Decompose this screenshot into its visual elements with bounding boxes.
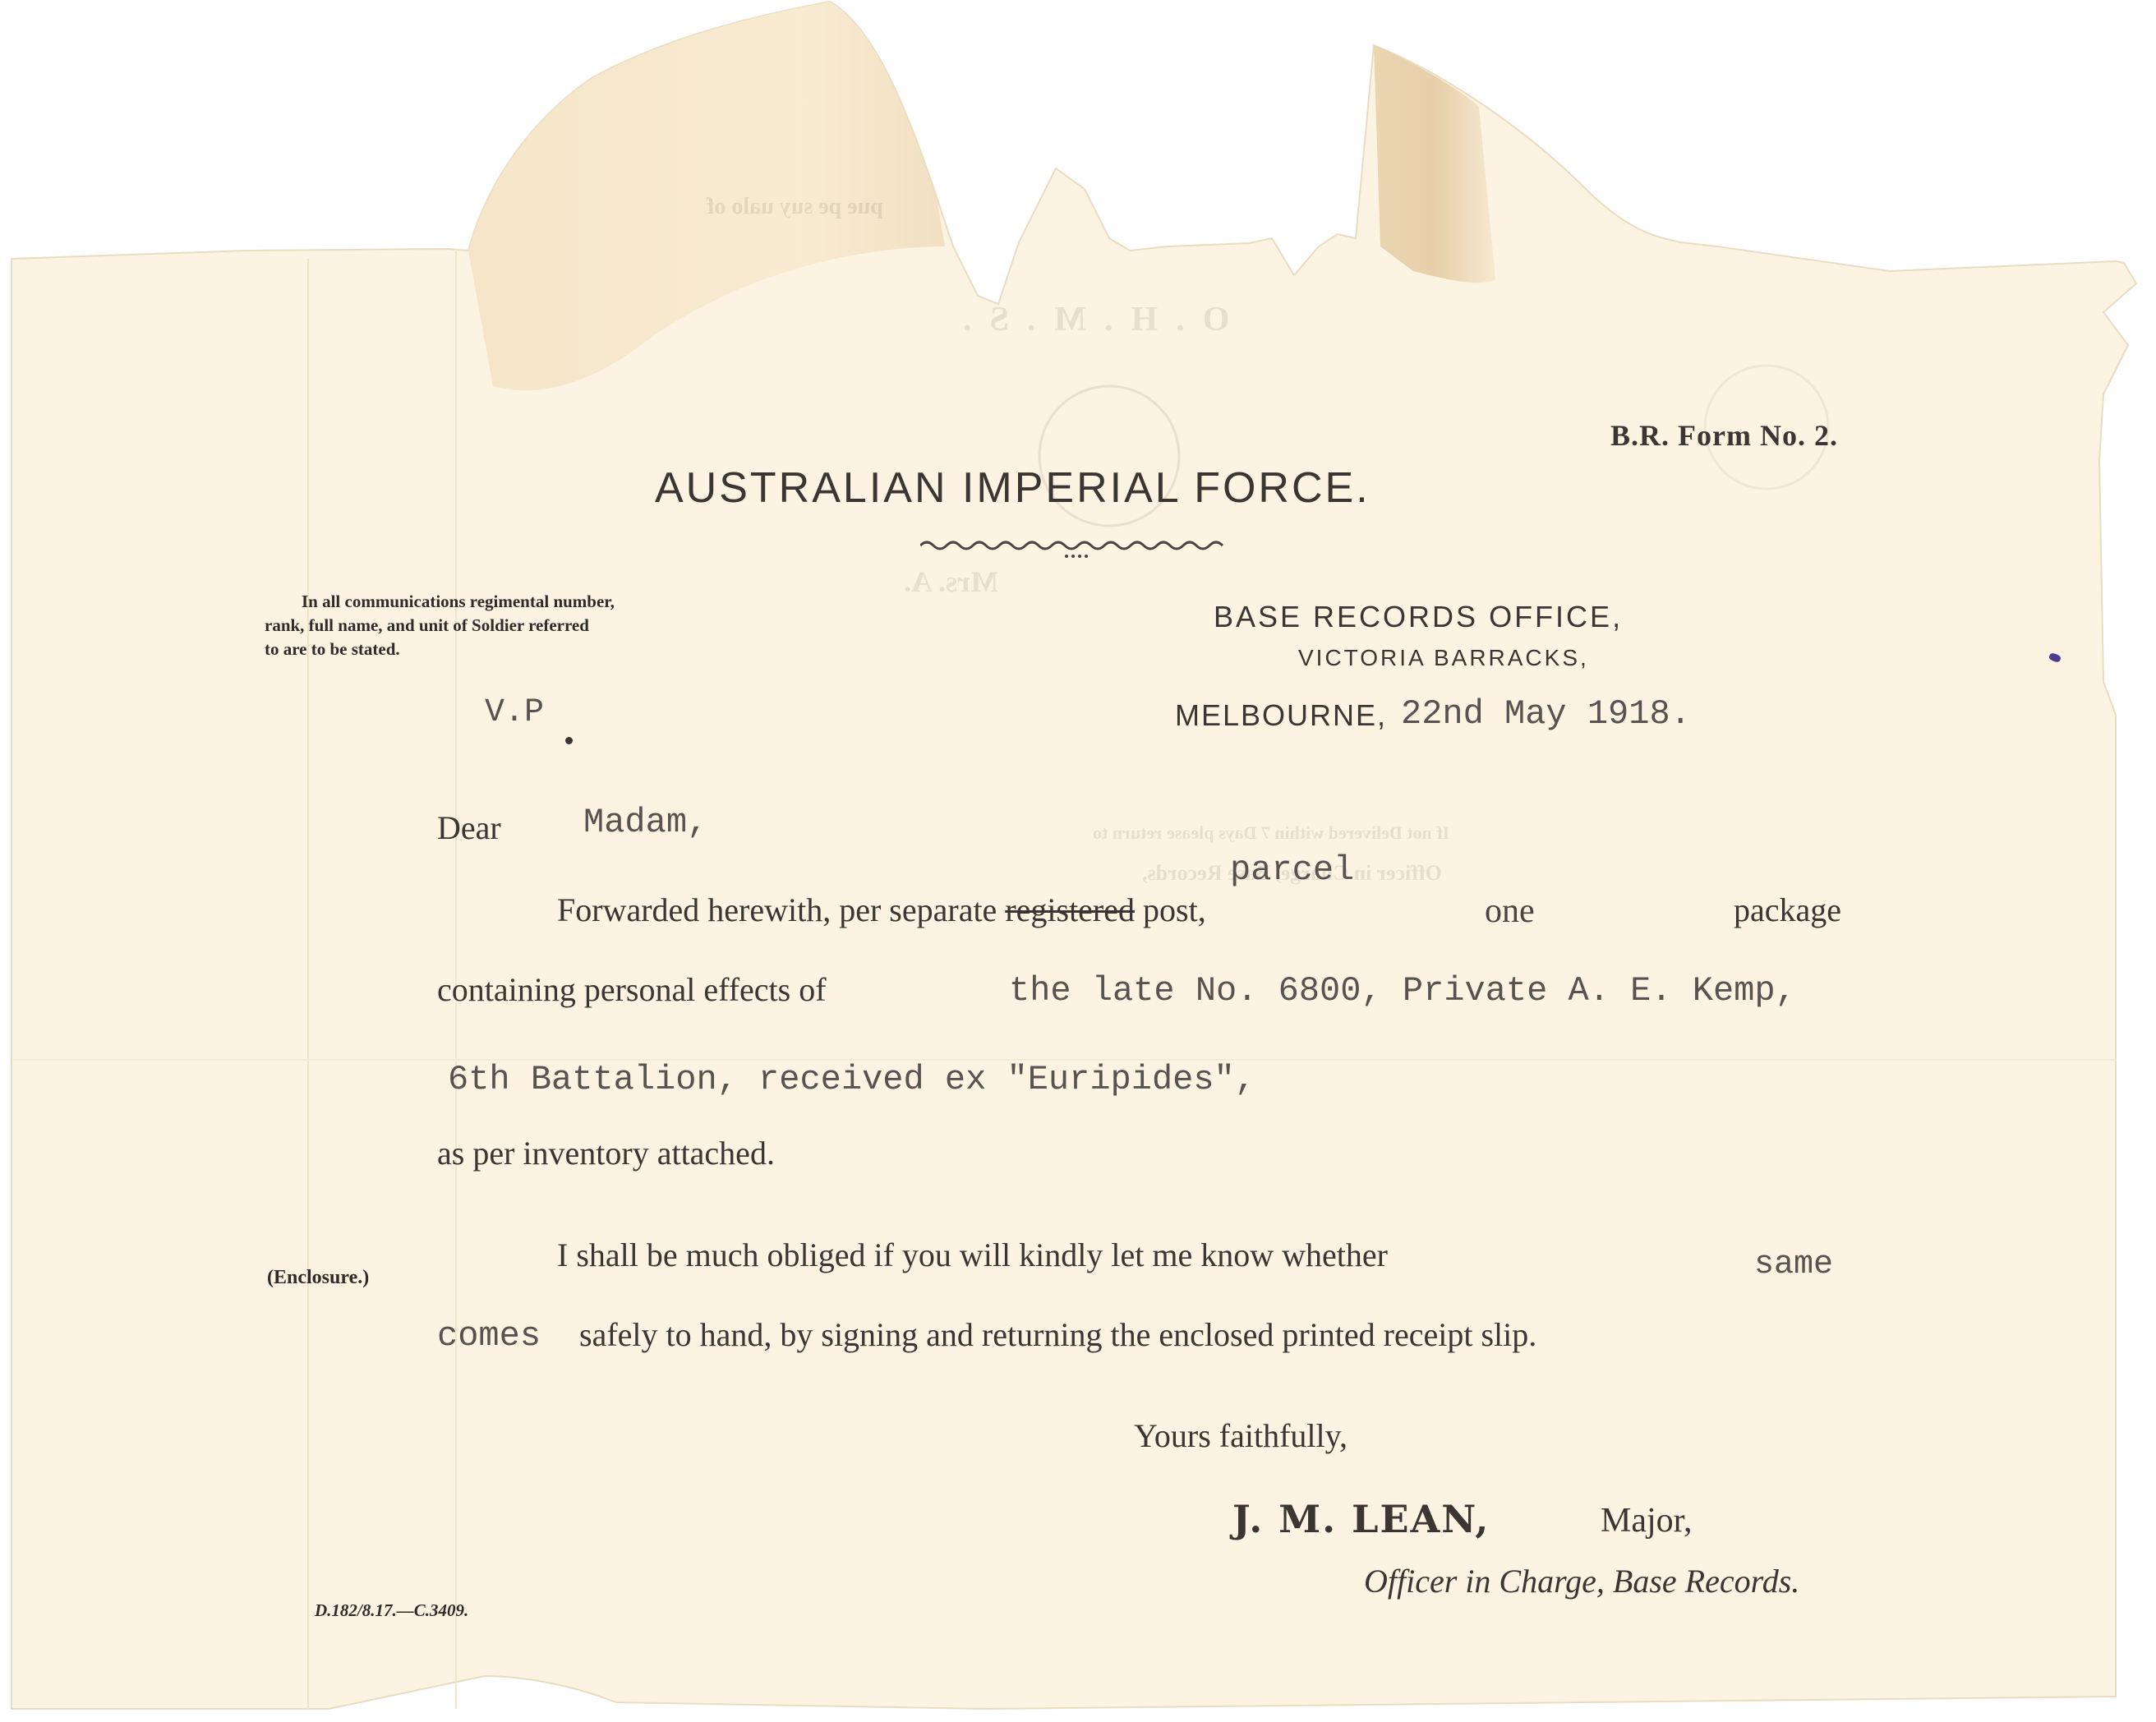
body-line-6: safely to hand, by signing and returning… <box>579 1319 1536 1351</box>
body-line-1: Forwarded herewith, per separate registe… <box>557 894 1206 927</box>
signer-rank: Major, <box>1601 1503 1692 1538</box>
show-through-addressee: Mrs. A. <box>904 567 998 596</box>
typed-same: same <box>1754 1249 1833 1282</box>
notice-line: In all communications regimental number, <box>265 590 692 614</box>
ink-dot <box>565 737 573 744</box>
body-text: Forwarded herewith, per separate <box>557 891 1005 928</box>
typed-quantity: one <box>1485 894 1535 928</box>
inserted-word: parcel <box>1230 853 1354 887</box>
notice-line: rank, full name, and unit of Soldier ref… <box>265 614 692 638</box>
decorative-rule-icon <box>920 534 1232 559</box>
struck-word: registered <box>1005 891 1135 928</box>
office-name: BASE RECORDS OFFICE, <box>1214 602 1623 632</box>
reference-initials: V.P <box>485 697 544 730</box>
reference-notice: In all communications regimental number,… <box>265 590 692 661</box>
show-through-return-notice: If not Delivered within 7 Days please re… <box>1093 824 1449 842</box>
office-city: MELBOURNE, <box>1175 701 1387 730</box>
soldier-details: the late No. 6800, Private A. E. Kemp, <box>1009 974 1796 1008</box>
letter-date: 22nd May 1918. <box>1401 697 1691 731</box>
enclosure-note: (Enclosure.) <box>267 1268 369 1287</box>
salutation-greeting: Dear <box>437 812 501 845</box>
body-line-4: as per inventory attached. <box>437 1137 775 1170</box>
print-code: D.182/8.17.—C.3409. <box>315 1602 468 1619</box>
show-through-ohms: O.H.M.S. <box>945 302 1229 337</box>
letterhead-title: AUSTRALIAN IMPERIAL FORCE. <box>655 467 1371 509</box>
office-location: VICTORIA BARRACKS, <box>1298 647 1589 670</box>
form-number: B.R. Form No. 2. <box>1610 421 1838 450</box>
body-line-5: I shall be much obliged if you will kind… <box>557 1239 1388 1272</box>
item-type: package <box>1734 894 1841 927</box>
signer-position: Officer in Charge, Base Records. <box>1364 1565 1799 1598</box>
show-through-text: pue pe suy ualo of <box>707 196 883 219</box>
typed-comes: comes <box>437 1319 541 1353</box>
valediction: Yours faithfully, <box>1134 1420 1347 1453</box>
paper-sheet <box>0 0 2156 1722</box>
scanned-letter: pue pe suy ualo of O.H.M.S. Mrs. A. If n… <box>0 0 2156 1722</box>
body-line-2-printed: containing personal effects of <box>437 974 827 1006</box>
body-text: post, <box>1135 891 1206 928</box>
paper-body <box>12 2 2136 1709</box>
signer-name: J. M. LEAN, <box>1232 1500 1490 1538</box>
notice-line: to are to be stated. <box>265 638 692 661</box>
unit-and-ship: 6th Battalion, received ex "Euripides", <box>448 1062 1255 1097</box>
salutation-name: Madam, <box>583 805 707 840</box>
